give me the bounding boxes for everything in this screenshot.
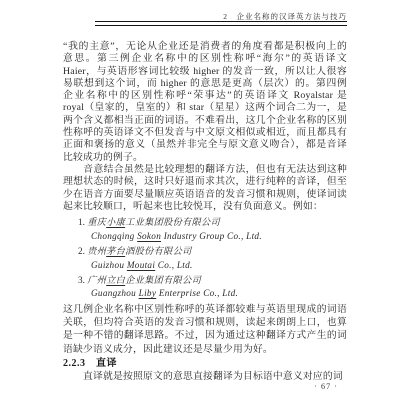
text-line: 企业名称中的区别性称呼“荣事达”的英语译文 Royalstar 是 xyxy=(63,90,347,102)
text-line: 意思。第三例企业名称中的区别性称呼“海尔”的英语译文 xyxy=(63,53,347,65)
name-text: 重庆 xyxy=(87,217,106,227)
example-english-name: Guangzhou Liby Enterprise Co., Ltd. xyxy=(78,287,347,301)
example-item: 1. 重庆小康工业集团股份有限公司Chongqing Sokon Industr… xyxy=(78,216,347,243)
name-text: Enterprise Co., Ltd. xyxy=(156,288,238,298)
proper-name-underlined: Moutai xyxy=(127,260,155,270)
example-english-name: Guizhou Moutai Co., Ltd. xyxy=(78,259,347,273)
name-text: Co., Ltd. xyxy=(155,260,192,270)
text-line: Haier，与英语形容词比较级 higher 的发音一致，所以让人很容 xyxy=(63,66,347,78)
name-text: Chongqing xyxy=(91,231,137,241)
text-line: 性称呼的英语译文不但发音与中文原文相似或相近，而且都具有 xyxy=(63,127,347,139)
proper-name-underlined: 小康 xyxy=(106,217,125,227)
text-block: “我的主意”，无论从企业还是消费者的角度看都是积极向上的意思。第三例企业名称中的… xyxy=(63,41,347,383)
text-line: 这几例企业名称中区别性称呼的英译都较难与英语里现成的词语 xyxy=(63,303,347,316)
text-line: “我的主意”，无论从企业还是消费者的角度看都是积极向上的 xyxy=(63,41,347,53)
text-line: 语缺少语义成分，因此建议还是尽量少用为好。 xyxy=(63,343,347,356)
paragraph-transliteration-examples: “我的主意”，无论从企业还是消费者的角度看都是积极向上的意思。第三例企业名称中的… xyxy=(63,41,347,164)
name-text: Industry Group Co., Ltd. xyxy=(161,231,262,241)
section-heading: 2.2.3 直译 xyxy=(63,357,347,370)
paragraph-literal-translation: 直译就是按照原文的意思直接翻译为目标语中意义对应的词 xyxy=(63,370,347,383)
text-line: 正面和褒扬的意义（虽然并非完全与原文意义吻合），都是音译 xyxy=(63,139,347,151)
name-text: 工业集团股份有限公司 xyxy=(125,217,220,227)
text-line: 音意结合虽然是比较理想的翻译方法，但也有无法达到这种 xyxy=(63,164,347,176)
text-line: 是一种不错的翻译思路。不过，因为通过这种翻译方式产生的词 xyxy=(63,329,347,342)
text-line: 起来比较顺口，听起来也比较悦耳，没有负面意义。例如： xyxy=(63,201,347,213)
examples-list: 1. 重庆小康工业集团股份有限公司Chongqing Sokon Industr… xyxy=(63,216,347,301)
name-text: 酒股份有限公司 xyxy=(125,246,191,256)
example-item: 2. 贵州茅台酒股份有限公司Guizhou Moutai Co., Ltd. xyxy=(78,245,347,272)
proper-name-underlined: Sokon xyxy=(137,231,161,241)
paragraph-evaluation: 这几例企业名称中区别性称呼的英译都较难与英语里现成的词语关联，但均符合英语的发音… xyxy=(63,303,347,357)
name-text: Guangzhou xyxy=(91,288,139,298)
text-line: 直译就是按照原文的意思直接翻译为目标语中意义对应的词 xyxy=(63,370,347,383)
text-line: 比较成功的例子。 xyxy=(63,152,347,164)
text-line: 关联，但均符合英语的发音习惯和规则，读起来朗朗上口，也算 xyxy=(63,316,347,329)
example-item: 3. 广州立白企业集团有限公司Guangzhou Liby Enterprise… xyxy=(78,274,347,301)
text-line: royal（皇家的，皇室的）和 star（星星）这两个词合二为一，是 xyxy=(63,102,347,114)
text-line: 少在语音方面要尽量顺应英语语音的发音习惯和规则，使译词读 xyxy=(63,189,347,201)
proper-name-underlined: 立白 xyxy=(106,275,125,285)
book-page: 2 企业名称的汉译英方法与技巧 “我的主意”，无论从企业还是消费者的角度看都是积… xyxy=(0,0,400,400)
text-line: 理想状态的时候，这时只好退而求其次，进行纯粹的音译，但至 xyxy=(63,176,347,188)
text-line: 两个含义都相当正面的词语。不难看出，这几个企业名称的区别 xyxy=(63,115,347,127)
name-text: 贵州 xyxy=(87,246,106,256)
header-rule xyxy=(95,21,347,26)
text-line: 易联想到这个词，而 higher 的意思是更高（层次）的。第四例 xyxy=(63,78,347,90)
example-number: 2. xyxy=(78,246,87,256)
page-number: · 67 · xyxy=(314,382,338,391)
proper-name-underlined: 茅台 xyxy=(106,246,125,256)
example-chinese-name: 1. 重庆小康工业集团股份有限公司 xyxy=(78,216,347,230)
paragraph-pure-transliteration: 音意结合虽然是比较理想的翻译方法，但也有无法达到这种理想状态的时候，这时只好退而… xyxy=(63,164,347,213)
example-english-name: Chongqing Sokon Industry Group Co., Ltd. xyxy=(78,230,347,244)
example-number: 1. xyxy=(78,217,87,227)
name-text: 企业集团有限公司 xyxy=(125,275,201,285)
name-text: Guizhou xyxy=(91,260,127,270)
proper-name-underlined: Liby xyxy=(139,288,157,298)
example-chinese-name: 3. 广州立白企业集团有限公司 xyxy=(78,274,347,288)
name-text: 广州 xyxy=(87,275,106,285)
example-number: 3. xyxy=(78,275,87,285)
example-chinese-name: 2. 贵州茅台酒股份有限公司 xyxy=(78,245,347,259)
